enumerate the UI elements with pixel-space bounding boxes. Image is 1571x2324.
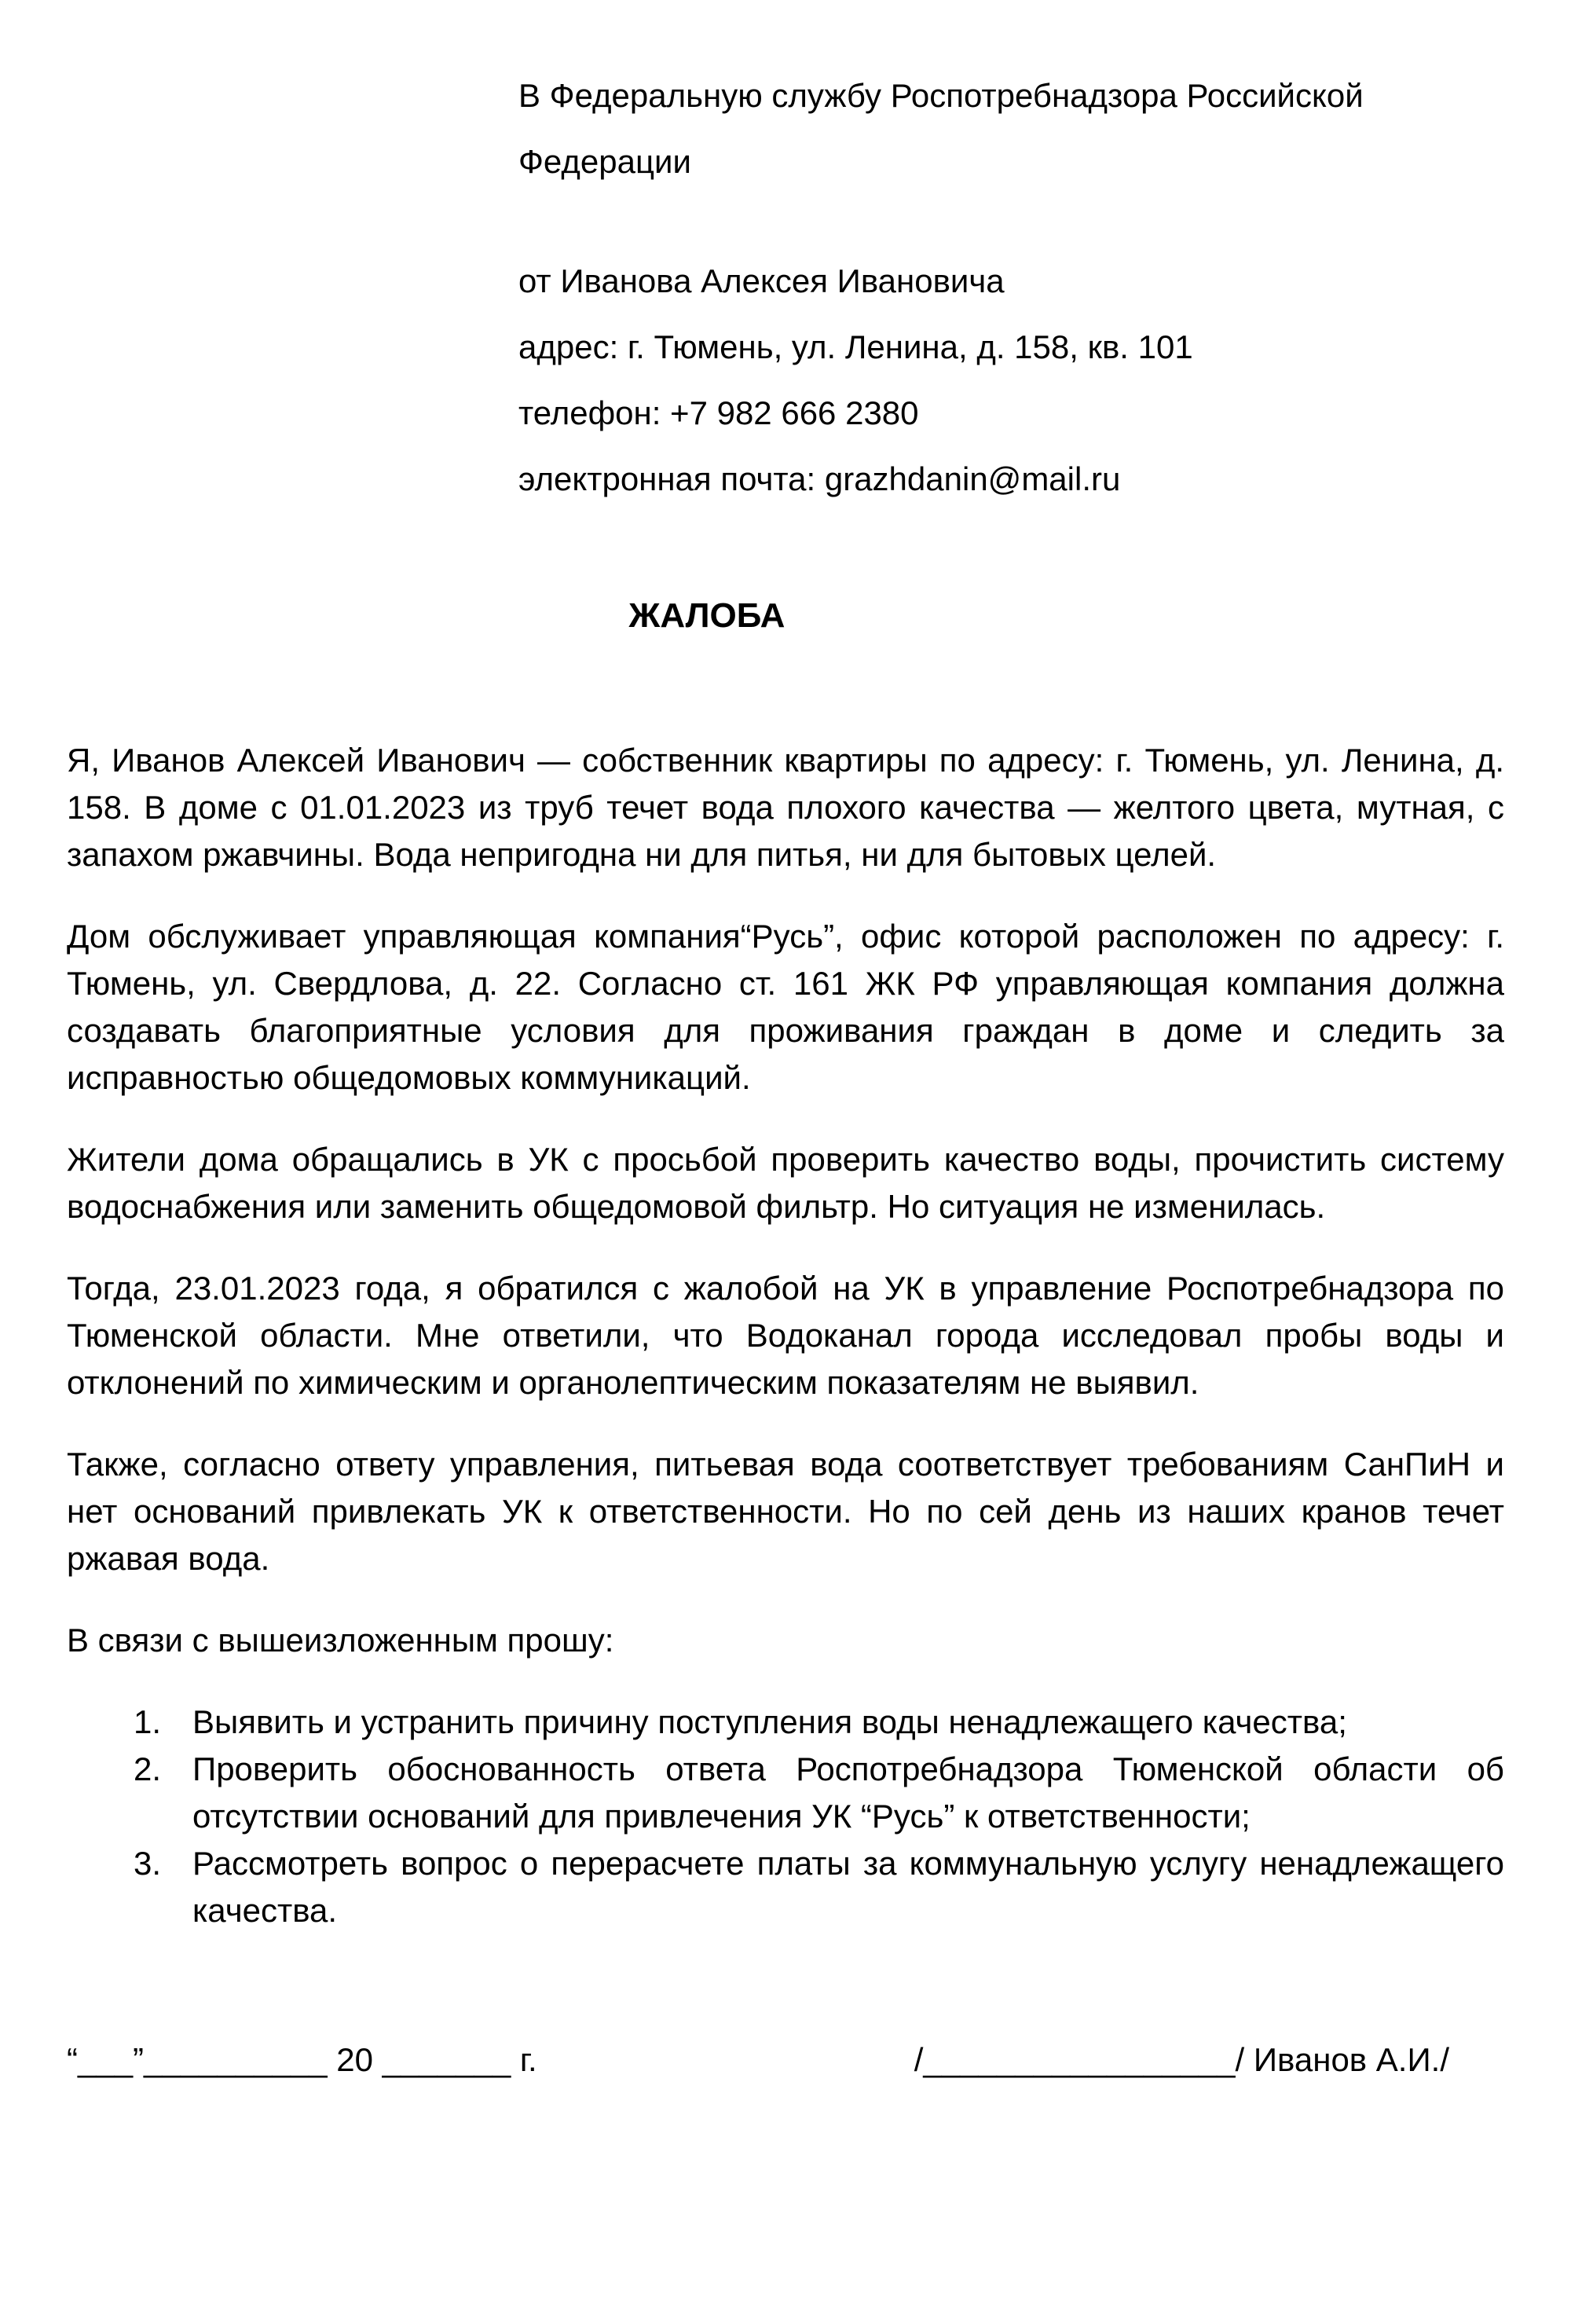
sender-name-line: от Иванова Алексея Ивановича xyxy=(518,248,1504,314)
list-item: 2. Проверить обоснованность ответа Роспо… xyxy=(67,1746,1504,1840)
signature-row: “___”__________ 20 _______ г. /_________… xyxy=(67,2036,1504,2084)
paragraph-management-company: Дом обслуживает управляющая компания“Рус… xyxy=(67,913,1504,1102)
list-item-number: 3. xyxy=(134,1840,192,1887)
paragraph-sanpin-response: Также, согласно ответу управления, питье… xyxy=(67,1441,1504,1582)
sender-phone-line: телефон: +7 982 666 2380 xyxy=(518,380,1504,446)
list-item-text: Проверить обоснованность ответа Роспотре… xyxy=(192,1746,1504,1840)
sender-address-line: адрес: г. Тюмень, ул. Ленина, д. 158, кв… xyxy=(518,314,1504,380)
list-item: 1. Выявить и устранить причину поступлен… xyxy=(67,1699,1504,1746)
list-item-text: Рассмотреть вопрос о перерасчете платы з… xyxy=(192,1840,1504,1934)
paragraph-residents-appeal: Жители дома обращались в УК с просьбой п… xyxy=(67,1136,1504,1230)
date-blank-line: “___”__________ 20 _______ г. xyxy=(67,2036,537,2084)
recipient-line: В Федеральную службу Роспотребнадзора Ро… xyxy=(518,63,1504,129)
paragraph-previous-complaint: Тогда, 23.01.2023 года, я обратился с жа… xyxy=(67,1265,1504,1406)
request-list: 1. Выявить и устранить причину поступлен… xyxy=(67,1699,1504,1934)
paragraph-ownership: Я, Иванов Алексей Иванович — собственник… xyxy=(67,737,1504,878)
list-item-number: 2. xyxy=(134,1746,192,1793)
sender-email-line: электронная почта: grazhdanin@mail.ru xyxy=(518,446,1504,512)
document-title: ЖАЛОБА xyxy=(0,591,1426,641)
sender-block: от Иванова Алексея Ивановича адрес: г. Т… xyxy=(518,248,1504,512)
list-item-number: 1. xyxy=(134,1699,192,1746)
request-intro: В связи с вышеизложенным прошу: xyxy=(67,1617,1504,1664)
recipient-block: В Федеральную службу Роспотребнадзора Ро… xyxy=(518,63,1504,195)
list-item-text: Выявить и устранить причину поступления … xyxy=(192,1699,1504,1746)
list-item: 3. Рассмотреть вопрос о перерасчете плат… xyxy=(67,1840,1504,1934)
recipient-line: Федерации xyxy=(518,129,1504,195)
signature-blank-line: /_________________/ Иванов А.И./ xyxy=(914,2036,1449,2084)
document-page: В Федеральную службу Роспотребнадзора Ро… xyxy=(0,0,1571,2324)
